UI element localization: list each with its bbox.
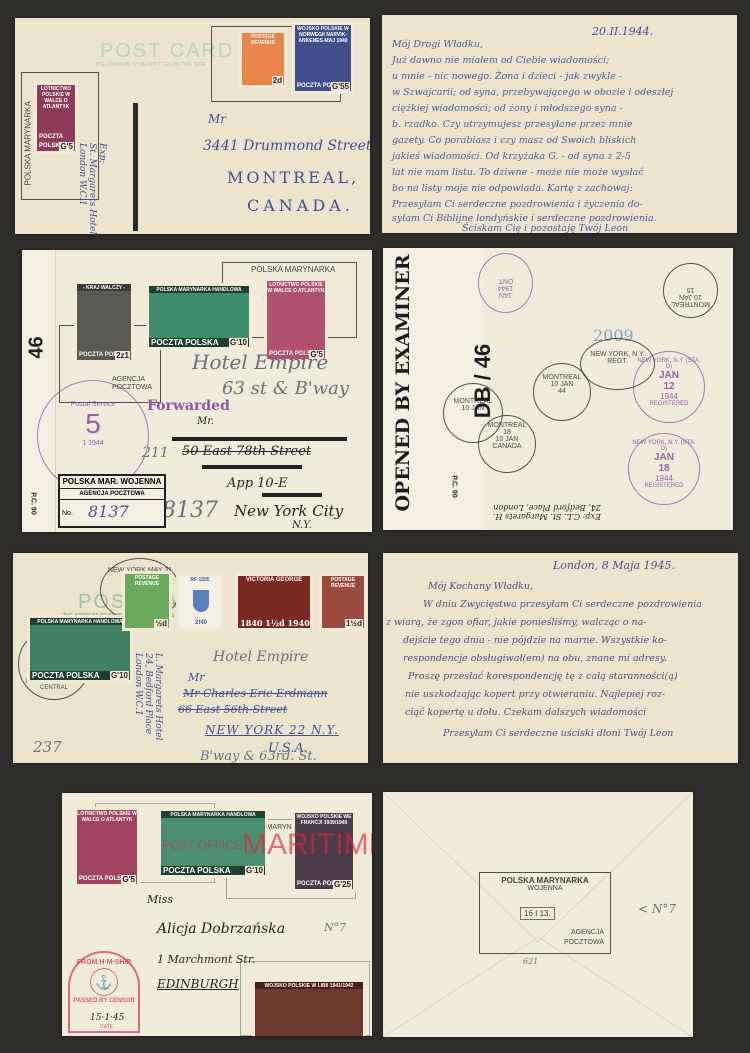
cover-4-back: POLSKA MARYNARKA WOJENNA 16 I 13. AGENCJ… — [383, 792, 693, 1037]
anchor-icon: ⚓ — [90, 968, 118, 996]
forward-note-1: Hotel Empire — [192, 350, 328, 374]
stamp-gb-half-penny: POSTAGE REVENUE ½d — [122, 571, 172, 631]
maritime-mail-cancel: MARITIME MAIL — [242, 828, 372, 862]
stamp-marynarka-handlowa: POLSKA MARYNARKA HANDLOWA POCZTA POLSKA … — [27, 615, 133, 683]
stamp-narvik-55g: WOJSKO POLSKIE W NORWEGII NARVIK-ANKENES… — [292, 22, 354, 94]
postmark-montreal-top-right: MONTREAL 10 JAN 15 — [663, 263, 718, 318]
address-name: Mr Charles Eric Erdmann — [183, 687, 327, 700]
postcard-1-front: POST CARD THE ADDRESS TO BE WRITTEN ON T… — [15, 18, 370, 234]
note-no7: N°7 — [324, 921, 346, 934]
postmark-ny-jan-12: NEW YORK, N.Y. (STA. D) JAN 12 1944 REGI… — [633, 351, 705, 423]
ink-stroke — [133, 103, 138, 231]
number-note-211: 211 — [142, 445, 169, 461]
shield-icon — [193, 590, 209, 612]
registry-box: POLSKA MAR. WOJENNA AGENCJA POCZTOWA No.… — [58, 474, 166, 528]
stamp-marynarka-handlowa: POLSKA MARYNARKA HANDLOWA POCZTA POLSKA … — [146, 283, 252, 350]
postcard-3-back: London, 8 Maja 1945. Mój Kochany Władku,… — [383, 553, 738, 763]
forward-note: Hotel Empire — [213, 649, 308, 665]
cover-2-back: OPENED BY EXAMINER DB / 46 P.C. 90 2009 … — [383, 248, 733, 530]
stamp-centenary: VICTORIA GEORGE 1840 1½d 1940 — [235, 573, 313, 631]
address-line-3: MONTREAL, — [227, 168, 359, 187]
address-street: 50 East 78th Street — [182, 444, 311, 459]
stamp-lotnictwo-5g: LOTNICTWO POLSKIE W WALCE O ATLANTYK POC… — [74, 807, 140, 887]
stamp-lotnictwo-5g: LOTNICTWO POLSKIE W WALCE O ATLANTYK POC… — [34, 82, 78, 154]
number-note-237: 237 — [33, 738, 62, 756]
sender-block: Exp: St. Margarets Hotel, 24 Bedford Pl.… — [77, 143, 107, 234]
censor-ship-stamp: FROM H·M·SHIP ⚓ PASSED BY CENSOR 15·1·45… — [68, 951, 140, 1033]
postmark-ny-jan-18: NEW YORK, N.Y. (STA. D) JAN 18 1944 REGI… — [628, 433, 700, 505]
stamp-libia-75g: WOJSKO POLSKIE W LIBII 1941/1942 POCZTA … — [252, 979, 366, 1036]
stamp-kraj-walczy: - KRAJ WALCZY - POCZTA POLSKA 2z1 — [74, 281, 134, 363]
letter-date: 20.II.1944. — [592, 25, 653, 38]
postcard-subheader: THE ADDRESS TO BE WRITTEN ON THIS SIDE — [95, 62, 205, 68]
address-miss: Miss — [147, 893, 173, 906]
stamp-france-rf: RF 1935 2f40 — [176, 573, 224, 631]
postcard-3-front: POST CARD THE ADDRESS TO BE WRITTEN ON T… — [13, 553, 368, 763]
address-city: EDINBURGH — [157, 977, 239, 991]
strike-line — [172, 437, 347, 441]
address-mr: Mr — [188, 671, 205, 684]
address-line-1: Mr — [208, 112, 226, 126]
forward-note-2: 63 st & B'way — [222, 378, 349, 399]
address-apt: App 10-E — [227, 476, 288, 491]
stamp-gb-1-5d: POSTAGE REVENUE 1½d — [319, 573, 367, 631]
postcard-1-back: 20.II.1944. Mój Drogi Władku, Już dawno … — [382, 15, 737, 233]
strike-line — [202, 465, 302, 469]
sender-block: L. Margarets Hotel 24, Bedford Place Lon… — [133, 653, 163, 741]
address-state: N.Y. — [292, 520, 312, 531]
sender-note: Exp: C.L. St. Margarets H. 24, Bedford P… — [493, 503, 601, 521]
strike-line — [262, 493, 322, 497]
address-city: NEW YORK 22 N.Y. — [205, 723, 339, 737]
post-office-cancel: POST OFFICE — [162, 838, 242, 852]
number-note-8137: 8137 — [162, 498, 218, 523]
cover-4-front: POLSKA MARYNARKA LOTNICTWO POLSKIE W WAL… — [62, 793, 372, 1036]
number-621: 621 — [523, 957, 538, 966]
stamp-gb-2d: POSTAGE REVENUE 2d — [239, 30, 287, 88]
address-name: Alicja Dobrzańska — [157, 921, 285, 937]
forwarded-stamp: Forwarded — [147, 398, 230, 414]
postmark-montreal-canada: MONTREAL 18 10 JAN CANADA — [478, 415, 536, 473]
bottom-note: B'way & 63rd. St. — [200, 749, 317, 763]
ship-cancel-box: POLSKA MARYNARKA WOJENNA 16 I 13. AGENCJ… — [479, 872, 611, 954]
address-mr: Mr. — [197, 416, 214, 427]
censor-tape: 46 P.C. 90 — [22, 250, 56, 532]
address-line-4: CANADA. — [247, 196, 354, 215]
address-line-2: 3441 Drummond Street, — [203, 138, 370, 154]
letter-date: London, 8 Maja 1945. — [553, 559, 675, 572]
postmark-ont: JAN 1944 ONT. — [478, 253, 533, 313]
address-street: 66 East 56th Street — [178, 703, 287, 716]
cover-2-front: 46 P.C. 90 AGENCJA POCZTOWA POLSKA MARYN… — [22, 250, 372, 532]
note-no7: < N°7 — [638, 902, 676, 916]
address-city: New York City — [234, 502, 343, 520]
